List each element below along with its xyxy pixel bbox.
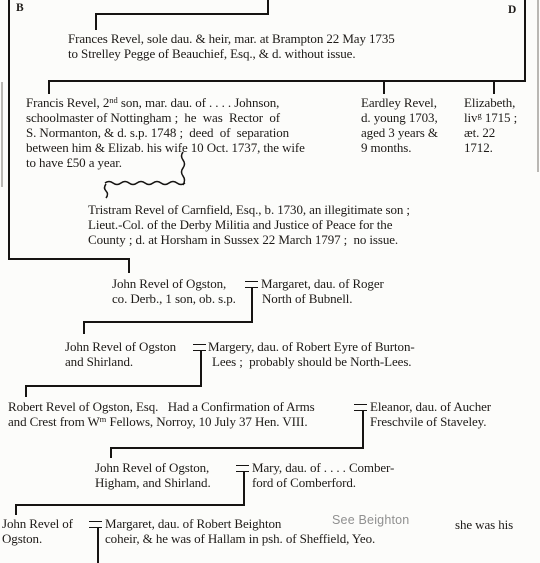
francis-text-line3: S. Normanton, & d. s.p. 1748 ; deed of s… [26, 125, 305, 140]
corner-label-b: B [16, 2, 24, 14]
right-descent-line [524, 0, 526, 82]
robert-marriage-descent-line [362, 410, 364, 449]
john1-wife-line1: Margaret, dau. of Roger [261, 276, 384, 291]
john3-drop-line [110, 447, 112, 458]
francis-text-line5: to have £50 a year. [26, 155, 305, 170]
john3-marriage-descent-line [243, 471, 245, 506]
corner-label-d: D [508, 4, 516, 16]
robert-wife-line2: Freschvile of Staveley. [370, 414, 486, 429]
tristram-text-line1: Tristram Revel of Carnfield, Esq., b. 17… [88, 202, 410, 217]
frances-text-line1: Frances Revel, sole dau. & heir, mar. at… [68, 31, 395, 46]
john4-wife-line1: Margaret, dau. of Robert Beighton [105, 516, 281, 531]
robert-husband-line2: and Crest from Wm Fellows, Norroy, 10 Ju… [8, 414, 308, 429]
person-francis-revel: Francis Revel, 2nd son, mar. dau. of . .… [26, 95, 305, 170]
john3-wife-line2: ford of Comberford. [252, 475, 356, 490]
john3-husband-line2: Higham, and Shirland. [95, 475, 211, 490]
tristram-text-line2: Lieut.-Col. of the Derby Militia and Jus… [88, 217, 410, 232]
elizabeth-text-line1: Elizabeth, [464, 95, 517, 110]
person-frances-revel: Frances Revel, sole dau. & heir, mar. at… [68, 31, 395, 61]
eardley-text-line2: d. young 1703, [361, 110, 438, 125]
john4-drop-line [15, 504, 17, 515]
robert-wife-line1: Eleanor, dau. of Aucher [370, 399, 491, 414]
person-eardley-revel: Eardley Revel, d. young 1703, aged 3 yea… [361, 95, 438, 155]
john2-husband-line1: John Revel of Ogston [65, 339, 176, 354]
marriage-symbol [354, 404, 367, 411]
john2-bracket-line [83, 321, 253, 323]
marriage-symbol [245, 281, 258, 288]
left-page-edge-line [1, 82, 3, 187]
robert-bracket-line [25, 385, 202, 387]
john1-marriage-descent-line [251, 287, 253, 323]
frances-bracket-line [95, 13, 269, 15]
john3-wife-line1: Mary, dau. of . . . . Comber- [252, 460, 394, 475]
right-page-edge-line [537, 0, 539, 172]
john1-husband-line2: co. Derb., 1 son, ob. s.p. [112, 291, 236, 306]
person-elizabeth: Elizabeth, livg 1715 ; æt. 22 1712. [464, 95, 517, 155]
francis-drop-line [48, 80, 50, 94]
john4-husband-line2: Ogston. [2, 531, 42, 546]
frances-drop-line [95, 13, 97, 30]
john4-wife-line2: coheir, & he was of Hallam in psh. of Sh… [105, 531, 375, 546]
francis-text-line2: schoolmaster of Nottingham ; he was Rect… [26, 110, 305, 125]
john4-bracket-line [15, 504, 245, 506]
person-tristram-revel: Tristram Revel of Carnfield, Esq., b. 17… [88, 202, 410, 247]
left-elbow-line [8, 258, 130, 260]
john3-bracket-line [110, 447, 364, 449]
john1-drop-line [128, 258, 130, 273]
elizabeth-drop-line [493, 80, 495, 94]
robert-husband-line1: Robert Revel of Ogston, Esq. Had a Confi… [8, 399, 315, 414]
marriage-symbol [193, 344, 206, 351]
john1-husband-line1: John Revel of Ogston, [112, 276, 226, 291]
generation2-bracket-line [48, 80, 526, 82]
john2-husband-line2: and Shirland. [65, 354, 133, 369]
francis-text-line4: between him & Elizab. his wife 10 Oct. 1… [26, 140, 305, 155]
john2-drop-line [83, 321, 85, 334]
john2-wife-line1: Margery, dau. of Robert Eyre of Burton- [208, 339, 415, 354]
see-beighton-annotation: See Beighton [332, 513, 409, 527]
john4-marriage-descent-line [97, 528, 99, 563]
frances-text-line2: to Strelley Pegge of Beauchief, Esq., & … [68, 46, 395, 61]
marriage-symbol [236, 465, 249, 472]
tristram-text-line3: County ; d. at Horsham in Sussex 22 Marc… [88, 232, 410, 247]
elizabeth-text-line2: livg 1715 ; [464, 110, 517, 125]
john1-wife-line2: North of Bubnell. [262, 291, 352, 306]
francis-text-line1: Francis Revel, 2nd son, mar. dau. of . .… [26, 95, 305, 110]
left-main-descent-line [8, 0, 10, 260]
pedigree-chart-page: B D Frances Revel, sole dau. & heir, mar… [0, 0, 540, 563]
john2-wife-line2: Lees ; probably should be North-Lees. [212, 354, 411, 369]
robert-drop-line [25, 385, 27, 397]
john2-marriage-descent-line [200, 350, 202, 387]
eardley-drop-line [383, 80, 385, 94]
eardley-text-line4: 9 months. [361, 140, 438, 155]
elizabeth-text-line3: æt. 22 [464, 125, 517, 140]
elizabeth-text-line4: 1712. [464, 140, 517, 155]
marriage-symbol [89, 521, 102, 528]
john3-husband-line1: John Revel of Ogston, [95, 460, 209, 475]
eardley-text-line1: Eardley Revel, [361, 95, 438, 110]
john4-husband-line1: John Revel of [2, 516, 73, 531]
eardley-text-line3: aged 3 years & [361, 125, 438, 140]
john4-note-right: she was his [455, 517, 513, 532]
